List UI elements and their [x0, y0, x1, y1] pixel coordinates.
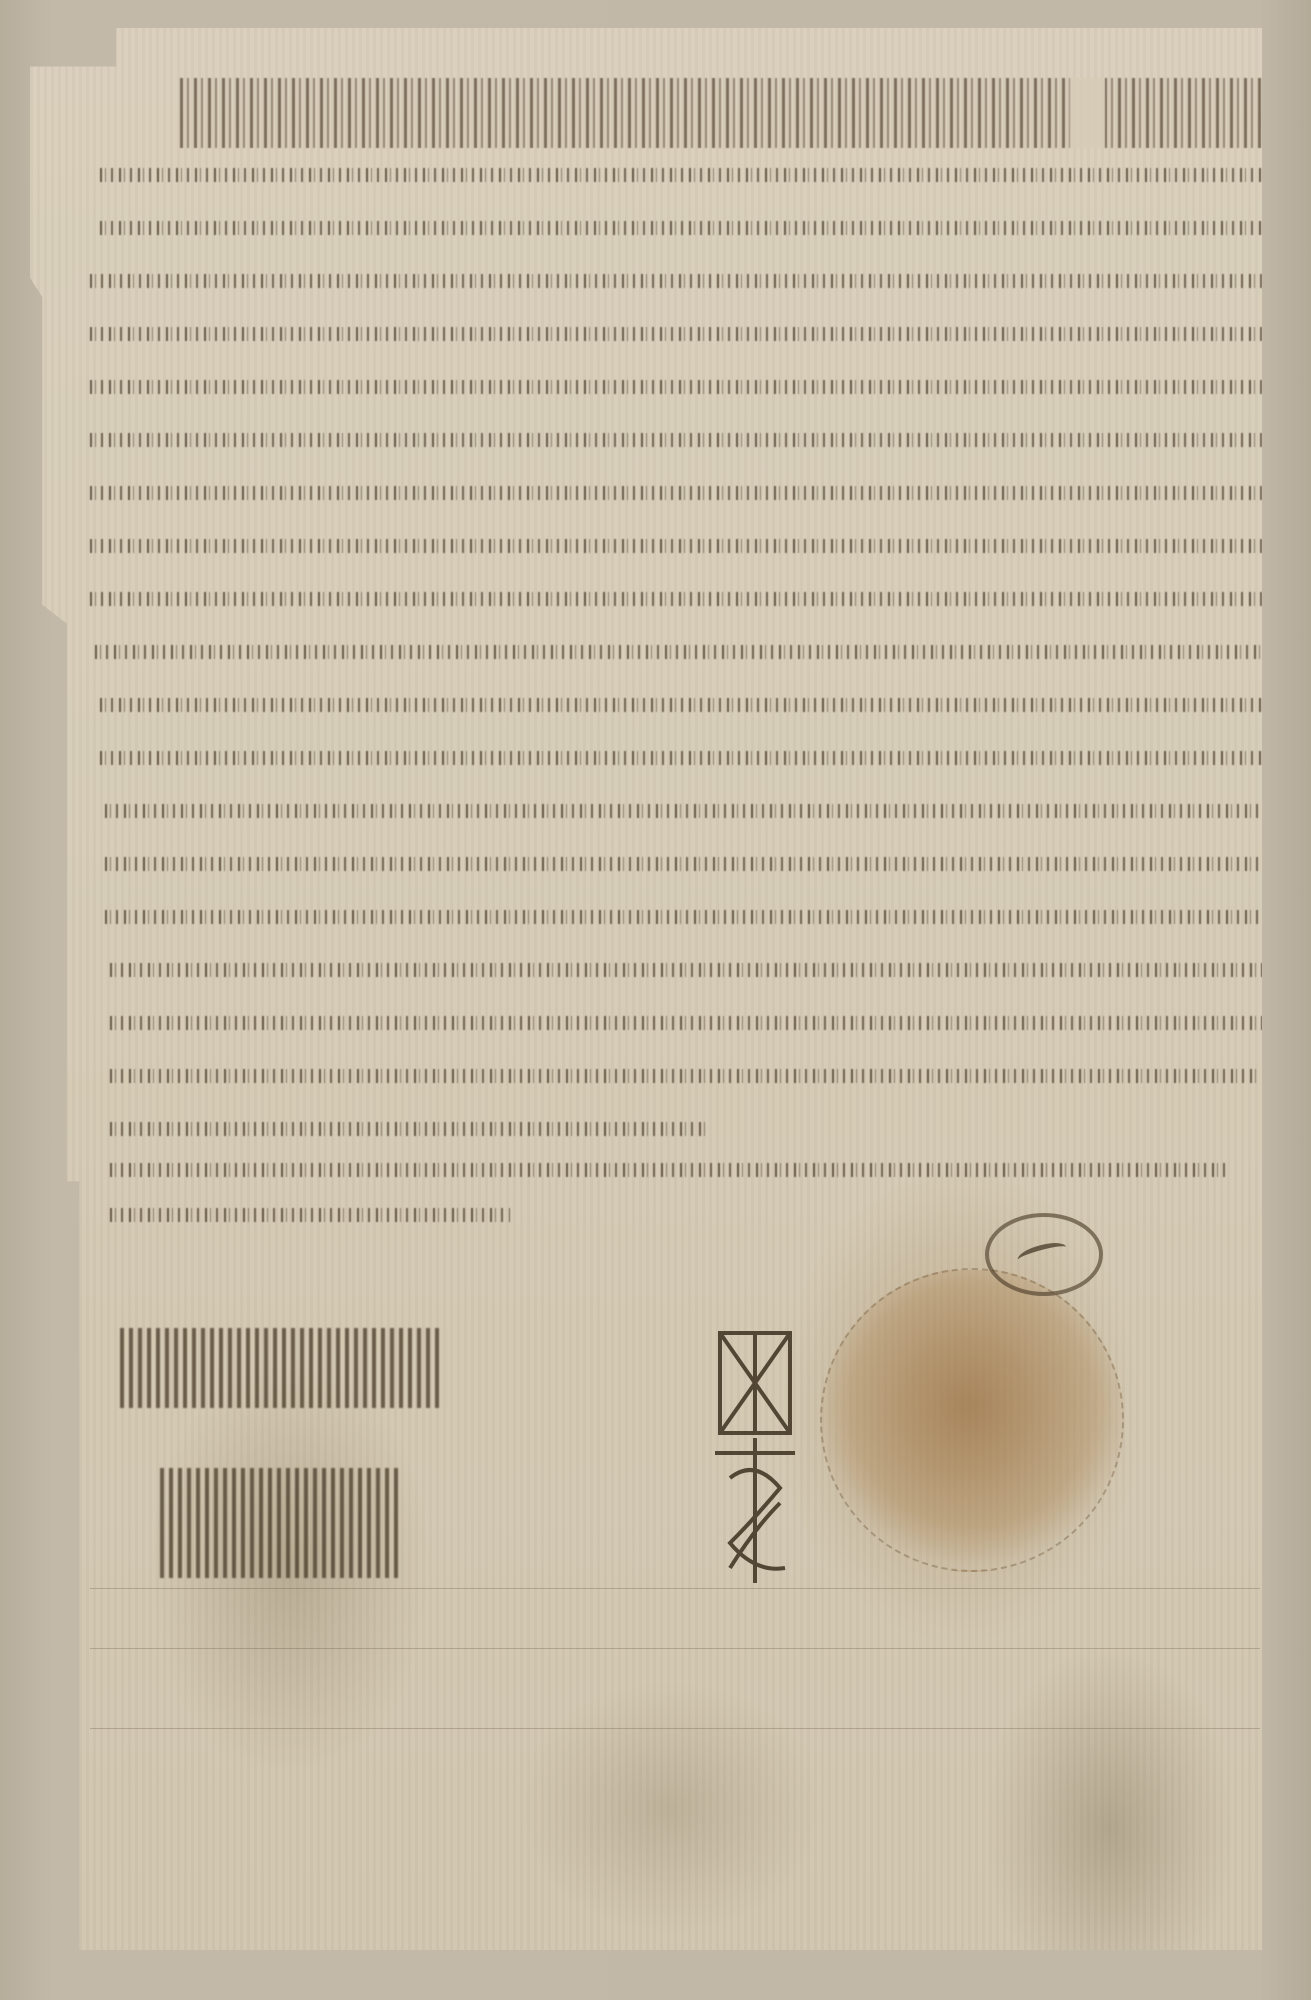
elongated-script-heading	[180, 78, 1265, 148]
dating-clause-line	[110, 1163, 1230, 1177]
text-line	[90, 380, 1265, 394]
charter-parchment	[30, 28, 1262, 1950]
text-line	[90, 274, 1265, 288]
text-line	[100, 168, 1265, 182]
ruling-line	[90, 1728, 1260, 1729]
signature-line-1	[120, 1328, 440, 1408]
text-line	[105, 910, 1265, 924]
ruling-line	[90, 1588, 1260, 1589]
text-line	[100, 698, 1265, 712]
text-line	[100, 751, 1265, 765]
text-line	[110, 1016, 1265, 1030]
text-line	[110, 963, 1265, 977]
recognition-sign-icon	[985, 1213, 1103, 1296]
text-line	[90, 539, 1265, 553]
text-line	[100, 221, 1265, 235]
text-line	[90, 486, 1265, 500]
text-line	[105, 857, 1265, 871]
dating-clause-line	[110, 1208, 510, 1222]
text-line	[90, 433, 1265, 447]
text-line	[90, 592, 1265, 606]
text-line	[90, 327, 1265, 341]
text-line	[110, 1069, 1260, 1083]
text-line	[110, 1122, 710, 1136]
ruling-line	[90, 1648, 1260, 1649]
text-line	[105, 804, 1265, 818]
signature-line-2	[160, 1468, 400, 1578]
impressed-seal	[820, 1268, 1124, 1572]
text-line	[95, 645, 1265, 659]
monogram-icon	[710, 1328, 805, 1588]
